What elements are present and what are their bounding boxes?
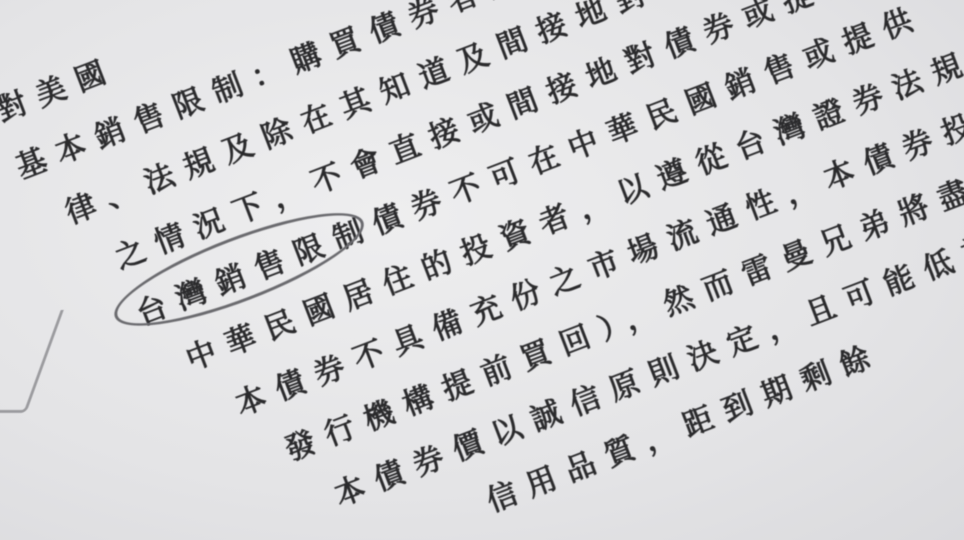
document-photo: 或對美國 基本銷售限制：購買債券者知道及相信債券進行 律、法規及除在其知道及間接… [0, 0, 964, 540]
document-text-block: 或對美國 基本銷售限制：購買債券者知道及相信債券進行 律、法規及除在其知道及間接… [20, 0, 964, 120]
margin-pen-mark [0, 310, 64, 413]
